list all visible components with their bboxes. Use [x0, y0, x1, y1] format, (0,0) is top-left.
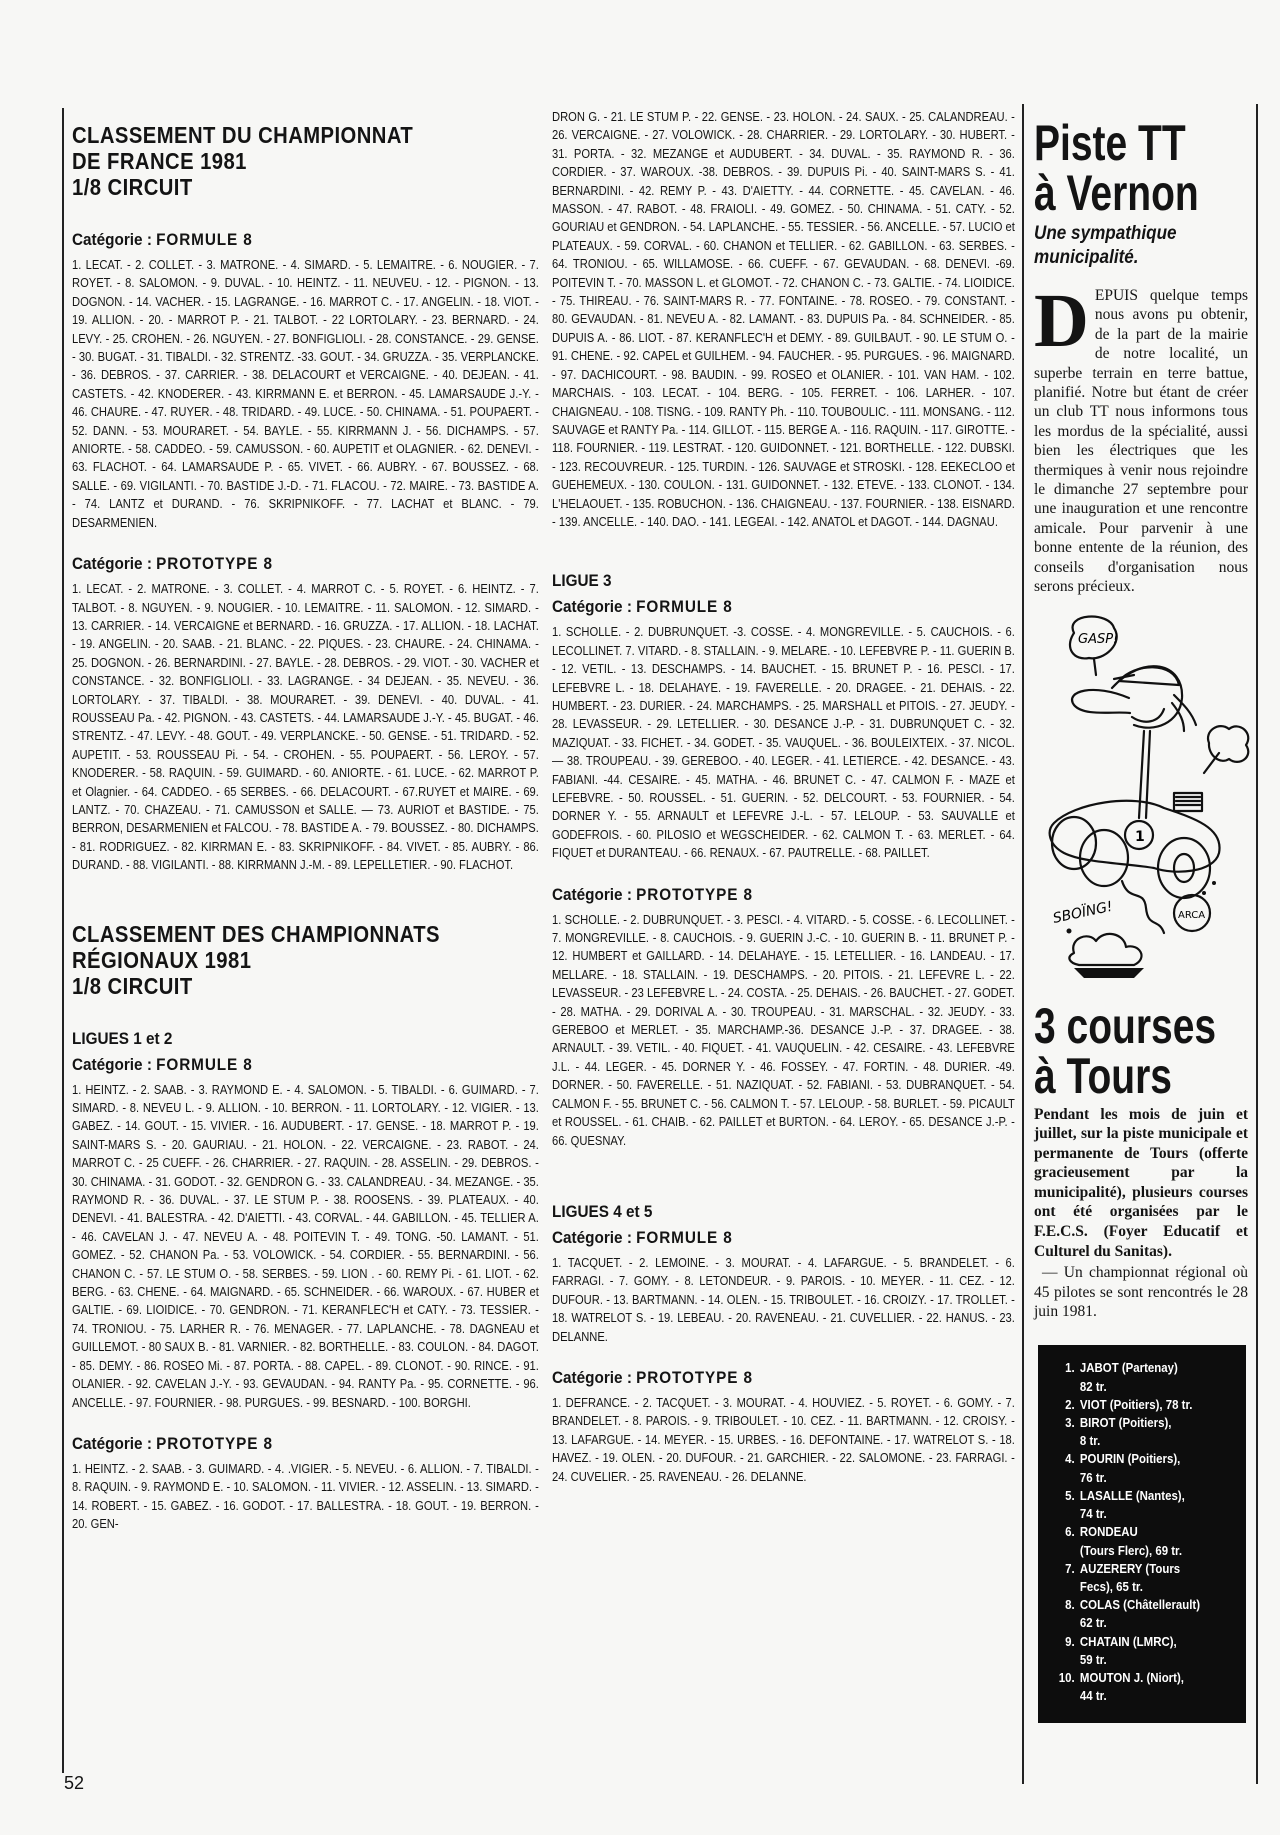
category-name: PROTOTYPE 8 — [636, 885, 753, 904]
result-line: 76 tr. — [1080, 1470, 1107, 1485]
svg-text:SBOÏNG!: SBOÏNG! — [1051, 896, 1114, 926]
svg-text:GASP!: GASP! — [1078, 632, 1118, 647]
result-line: BIROT (Poitiers), — [1080, 1415, 1172, 1430]
league-heading: LIGUE 3 — [552, 571, 970, 591]
result-text: CHATAIN (LMRC),59 tr. — [1080, 1633, 1239, 1669]
drop-cap: D — [1034, 290, 1089, 350]
result-row: 2.VIOT (Poitiers), 78 tr. — [1050, 1396, 1239, 1414]
right-sidebar: Piste TT à Vernon Une sympathique munici… — [1022, 104, 1258, 1784]
title-line: CLASSEMENT DES CHAMPIONNATS — [72, 921, 541, 947]
category-label: Catégorie : — [552, 1228, 636, 1247]
league-heading: LIGUES 4 et 5 — [552, 1202, 970, 1222]
result-row: 4.POURIN (Poitiers),76 tr. — [1050, 1450, 1239, 1486]
left-column: CLASSEMENT DU CHAMPIONNAT DE FRANCE 1981… — [62, 108, 540, 1773]
result-text: MOUTON J. (Niort),44 tr. — [1080, 1669, 1239, 1705]
rank: 6. — [1050, 1523, 1075, 1559]
result-line: (Tours Flerc), 69 tr. — [1080, 1543, 1182, 1558]
cartoon-driver-icon: GASP! 1 SBOÏNG! ARCA — [1034, 613, 1260, 983]
result-line: 74 tr. — [1080, 1506, 1107, 1521]
category-name: PROTOTYPE 8 — [636, 1368, 753, 1387]
category-label: Catégorie : — [552, 597, 636, 616]
rank: 2. — [1050, 1396, 1075, 1414]
results-list: 1. HEINTZ. - 2. SAAB. - 3. GUIMARD. - 4.… — [72, 1460, 539, 1534]
title-line: CLASSEMENT DU CHAMPIONNAT — [72, 122, 541, 148]
category-heading: Catégorie : PROTOTYPE 8 — [72, 554, 493, 574]
results-list: 1. TACQUET. - 2. LEMOINE. - 3. MOURAT. -… — [552, 1254, 1015, 1346]
tours-article-body: — Un championnat régional où 45 pilotes … — [1034, 1263, 1248, 1321]
tours-article-title: 3 courses à Tours — [1034, 1001, 1248, 1101]
category-name: FORMULE 8 — [156, 230, 253, 249]
rank: 10. — [1050, 1669, 1075, 1705]
rank: 4. — [1050, 1450, 1075, 1486]
title-line: à Tours — [1034, 1051, 1248, 1101]
result-line: JABOT (Partenay) — [1080, 1360, 1178, 1375]
svg-text:1: 1 — [1135, 829, 1145, 845]
title-line: Piste TT — [1034, 118, 1248, 168]
rank: 9. — [1050, 1633, 1075, 1669]
result-line: MOUTON J. (Niort), — [1080, 1670, 1184, 1685]
tours-results-box: 1.JABOT (Partenay)82 tr. 2.VIOT (Poitier… — [1038, 1345, 1246, 1723]
result-line: AUZERERY (Tours — [1080, 1561, 1180, 1576]
result-line: 44 tr. — [1080, 1688, 1107, 1703]
result-row: 8.COLAS (Châtellerault)62 tr. — [1050, 1596, 1239, 1632]
national-championship-title: CLASSEMENT DU CHAMPIONNAT DE FRANCE 1981… — [72, 122, 541, 200]
category-name: FORMULE 8 — [636, 597, 733, 616]
result-row: 10.MOUTON J. (Niort),44 tr. — [1050, 1669, 1239, 1705]
results-list: 1. LECAT. - 2. COLLET. - 3. MATRONE. - 4… — [72, 256, 539, 532]
result-text: POURIN (Poitiers),76 tr. — [1080, 1450, 1239, 1486]
category-heading: Catégorie : FORMULE 8 — [72, 1055, 493, 1075]
results-list-continued: DRON G. - 21. LE STUM P. - 22. GENSE. - … — [552, 108, 1015, 531]
result-line: POURIN (Poitiers), — [1080, 1451, 1180, 1466]
vernon-article-title: Piste TT à Vernon — [1034, 118, 1248, 218]
results-list: 1. SCHOLLE. - 2. DUBRUNQUET. -3. COSSE. … — [552, 623, 1015, 862]
result-text: BIROT (Poitiers),8 tr. — [1080, 1414, 1239, 1450]
category-label: Catégorie : — [72, 230, 156, 249]
result-line: LASALLE (Nantes), — [1080, 1488, 1185, 1503]
result-line: 62 tr. — [1080, 1615, 1107, 1630]
page-number: 52 — [64, 1773, 84, 1794]
category-label: Catégorie : — [72, 1434, 156, 1453]
regional-championship-title: CLASSEMENT DES CHAMPIONNATS RÉGIONAUX 19… — [72, 921, 541, 999]
league-heading: LIGUES 1 et 2 — [72, 1029, 493, 1049]
result-row: 1.JABOT (Partenay)82 tr. — [1050, 1359, 1239, 1395]
result-line: COLAS (Châtellerault) — [1080, 1597, 1200, 1612]
results-list: 1. LECAT. - 2. MATRONE. - 3. COLLET. - 4… — [72, 580, 539, 875]
result-line: CHATAIN (LMRC), — [1080, 1634, 1177, 1649]
vernon-article-body: DEPUIS quelque temps nous avons pu obten… — [1034, 286, 1248, 597]
rank: 3. — [1050, 1414, 1075, 1450]
result-line: VIOT (Poitiers), 78 tr. — [1080, 1396, 1239, 1414]
title-line: RÉGIONAUX 1981 — [72, 947, 541, 973]
result-row: 6.RONDEAU(Tours Flerc), 69 tr. — [1050, 1523, 1239, 1559]
result-text: JABOT (Partenay)82 tr. — [1080, 1359, 1239, 1395]
tours-article-intro: Pendant les mois de juin et juillet, sur… — [1034, 1105, 1248, 1262]
result-line: Fecs), 65 tr. — [1080, 1579, 1143, 1594]
title-line: 1/8 CIRCUIT — [72, 174, 541, 200]
rank: 5. — [1050, 1487, 1075, 1523]
category-heading: Catégorie : FORMULE 8 — [72, 230, 493, 250]
title-line: DE FRANCE 1981 — [72, 148, 541, 174]
category-label: Catégorie : — [552, 885, 636, 904]
result-row: 9.CHATAIN (LMRC),59 tr. — [1050, 1633, 1239, 1669]
category-name: PROTOTYPE 8 — [156, 1434, 273, 1453]
title-line: 3 courses — [1034, 1001, 1248, 1051]
result-line: 82 tr. — [1080, 1379, 1107, 1394]
result-row: 5.LASALLE (Nantes),74 tr. — [1050, 1487, 1239, 1523]
category-name: FORMULE 8 — [636, 1228, 733, 1247]
result-line: 8 tr. — [1080, 1433, 1100, 1448]
results-list: 1. SCHOLLE. - 2. DUBRUNQUET. - 3. PESCI.… — [552, 911, 1015, 1150]
category-heading: Catégorie : FORMULE 8 — [552, 1228, 970, 1248]
title-line: à Vernon — [1034, 168, 1248, 218]
result-text: COLAS (Châtellerault)62 tr. — [1080, 1596, 1239, 1632]
category-heading: Catégorie : PROTOTYPE 8 — [72, 1434, 493, 1454]
vernon-article-subtitle: Une sympathique municipalité. — [1034, 222, 1250, 270]
category-heading: Catégorie : FORMULE 8 — [552, 597, 970, 617]
result-line: 59 tr. — [1080, 1652, 1107, 1667]
rank: 7. — [1050, 1560, 1075, 1596]
category-label: Catégorie : — [72, 554, 156, 573]
svg-text:ARCA: ARCA — [1178, 910, 1205, 921]
result-line: RONDEAU — [1080, 1524, 1138, 1539]
result-row: 7.AUZERERY (ToursFecs), 65 tr. — [1050, 1560, 1239, 1596]
results-list: 1. HEINTZ. - 2. SAAB. - 3. RAYMOND E. - … — [72, 1081, 539, 1412]
magazine-page: CLASSEMENT DU CHAMPIONNAT DE FRANCE 1981… — [0, 0, 1280, 1835]
category-heading: Catégorie : PROTOTYPE 8 — [552, 885, 970, 905]
result-text: LASALLE (Nantes),74 tr. — [1080, 1487, 1239, 1523]
results-list: 1. DEFRANCE. - 2. TACQUET. - 3. MOURAT. … — [552, 1394, 1015, 1486]
category-heading: Catégorie : PROTOTYPE 8 — [552, 1368, 970, 1388]
middle-column: DRON G. - 21. LE STUM P. - 22. GENSE. - … — [552, 108, 1016, 1486]
rc-car-cartoon-illustration: GASP! 1 SBOÏNG! ARCA — [1034, 613, 1260, 983]
result-row: 3.BIROT (Poitiers),8 tr. — [1050, 1414, 1239, 1450]
result-text: AUZERERY (ToursFecs), 65 tr. — [1080, 1560, 1239, 1596]
category-label: Catégorie : — [72, 1055, 156, 1074]
title-line: 1/8 CIRCUIT — [72, 973, 541, 999]
category-name: FORMULE 8 — [156, 1055, 253, 1074]
result-text: RONDEAU(Tours Flerc), 69 tr. — [1080, 1523, 1239, 1559]
rank: 1. — [1050, 1359, 1075, 1395]
category-label: Catégorie : — [552, 1368, 636, 1387]
rank: 8. — [1050, 1596, 1075, 1632]
category-name: PROTOTYPE 8 — [156, 554, 273, 573]
